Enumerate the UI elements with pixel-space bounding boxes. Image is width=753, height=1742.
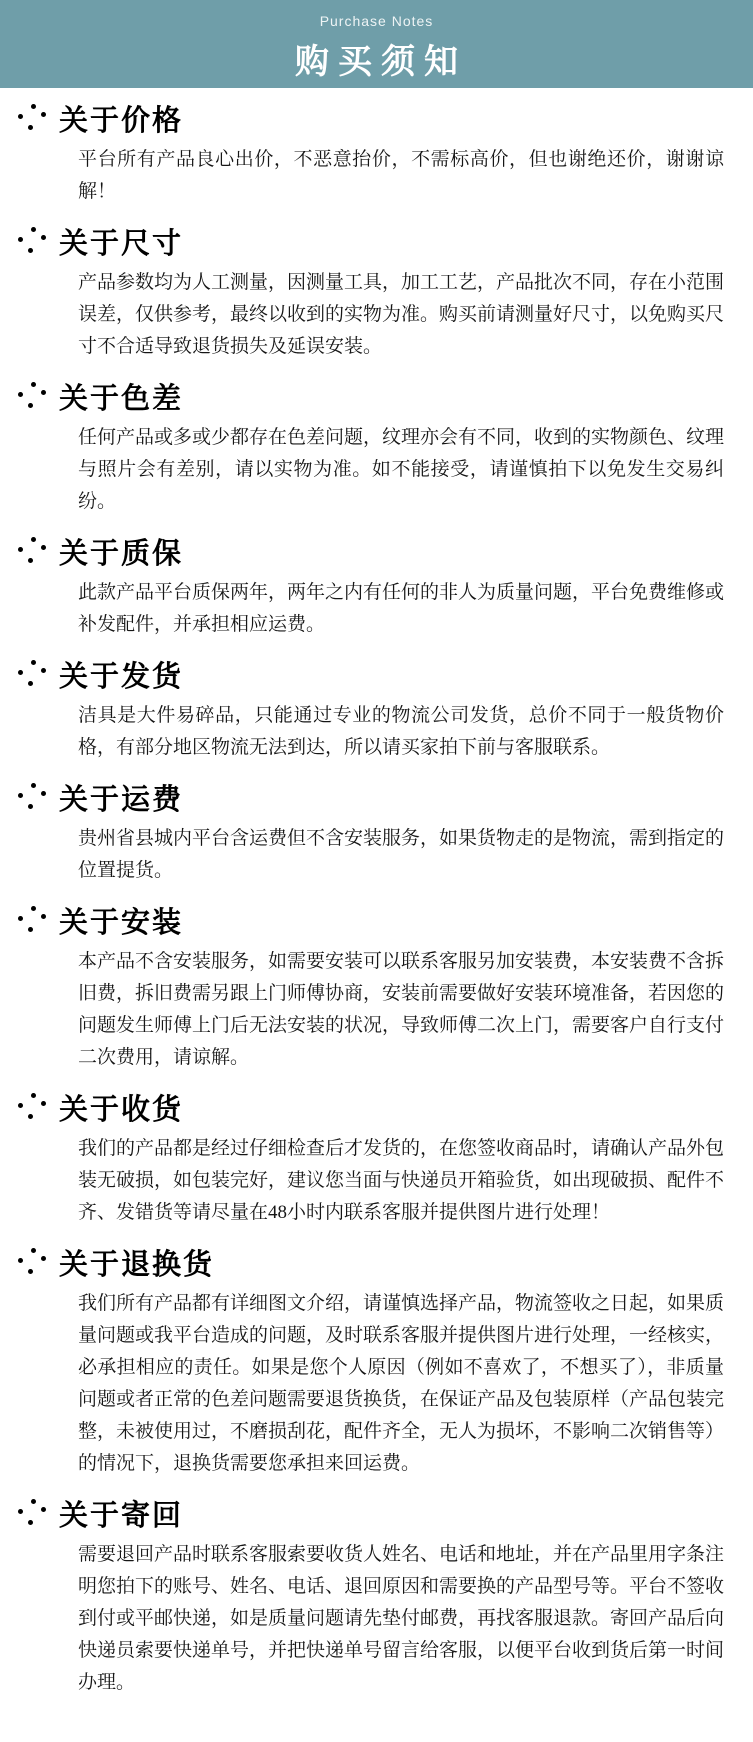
notes-content: 关于价格 平台所有产品良心出价，不恶意抬价，不需标高价，但也谢绝还价，谢谢谅解！…	[0, 88, 753, 1742]
section-body: 此款产品平台质保两年，两年之内有任何的非人为质量问题，平台免费维修或补发配件，并…	[78, 577, 724, 641]
section-body: 本产品不含安装服务，如需要安装可以联系客服另加安装费，本安装费不含拆旧费，拆旧费…	[78, 946, 724, 1074]
header-subtitle: Purchase Notes	[0, 13, 753, 29]
four-dots-diamond-icon	[16, 658, 47, 690]
section-freight: 关于运费 贵州省县城内平台含运费但不含安装服务，如果货物走的是物流，需到指定的位…	[0, 777, 753, 887]
section-heading: 关于尺寸	[0, 221, 753, 261]
page-title: 购买须知	[0, 34, 753, 83]
section-title: 关于收货	[59, 1087, 183, 1128]
section-body: 任何产品或多或少都存在色差问题，纹理亦会有不同，收到的实物颜色、纹理与照片会有差…	[78, 422, 724, 518]
section-price: 关于价格 平台所有产品良心出价，不恶意抬价，不需标高价，但也谢绝还价，谢谢谅解！	[0, 98, 753, 208]
four-dots-diamond-icon	[16, 781, 47, 813]
section-installation: 关于安装 本产品不含安装服务，如需要安装可以联系客服另加安装费，本安装费不含拆旧…	[0, 900, 753, 1074]
section-title: 关于发货	[59, 654, 183, 695]
section-heading: 关于寄回	[0, 1493, 753, 1533]
section-returns: 关于退换货 我们所有产品都有详细图文介绍，请谨慎选择产品，物流签收之日起，如果质…	[0, 1242, 753, 1480]
four-dots-diamond-icon	[16, 535, 47, 567]
section-body: 平台所有产品良心出价，不恶意抬价，不需标高价，但也谢绝还价，谢谢谅解！	[78, 144, 724, 208]
section-body: 贵州省县城内平台含运费但不含安装服务，如果货物走的是物流，需到指定的位置提货。	[78, 823, 724, 887]
section-warranty: 关于质保 此款产品平台质保两年，两年之内有任何的非人为质量问题，平台免费维修或补…	[0, 531, 753, 641]
section-heading: 关于发货	[0, 654, 753, 694]
header-banner: Purchase Notes 购买须知	[0, 0, 753, 88]
section-color-difference: 关于色差 任何产品或多或少都存在色差问题，纹理亦会有不同，收到的实物颜色、纹理与…	[0, 376, 753, 518]
section-body: 需要退回产品时联系客服索要收货人姓名、电话和地址，并在产品里用字条注明您拍下的账…	[78, 1539, 724, 1699]
section-body: 我们的产品都是经过仔细检查后才发货的，在您签收商品时，请确认产品外包装无破损，如…	[78, 1133, 724, 1229]
four-dots-diamond-icon	[16, 1091, 47, 1123]
section-title: 关于价格	[59, 98, 183, 139]
section-title: 关于安装	[59, 900, 183, 941]
section-heading: 关于运费	[0, 777, 753, 817]
four-dots-diamond-icon	[16, 102, 47, 134]
section-heading: 关于质保	[0, 531, 753, 571]
section-heading: 关于退换货	[0, 1242, 753, 1282]
four-dots-diamond-icon	[16, 904, 47, 936]
section-title: 关于退换货	[59, 1242, 214, 1283]
section-title: 关于尺寸	[59, 221, 183, 262]
section-heading: 关于色差	[0, 376, 753, 416]
section-title: 关于运费	[59, 777, 183, 818]
purchase-notes-page: Purchase Notes 购买须知 关于价格 平台所有产品良心出价，不恶意抬…	[0, 0, 753, 1742]
section-send-back: 关于寄回 需要退回产品时联系客服索要收货人姓名、电话和地址，并在产品里用字条注明…	[0, 1493, 753, 1699]
section-body: 产品参数均为人工测量，因测量工具，加工工艺，产品批次不同，存在小范围误差，仅供参…	[78, 267, 724, 363]
section-title: 关于寄回	[59, 1493, 183, 1534]
section-heading: 关于收货	[0, 1087, 753, 1127]
section-receiving: 关于收货 我们的产品都是经过仔细检查后才发货的，在您签收商品时，请确认产品外包装…	[0, 1087, 753, 1229]
section-shipping: 关于发货 洁具是大件易碎品，只能通过专业的物流公司发货，总价不同于一般货物价格，…	[0, 654, 753, 764]
section-body: 我们所有产品都有详细图文介绍，请谨慎选择产品，物流签收之日起，如果质量问题或我平…	[78, 1288, 724, 1480]
four-dots-diamond-icon	[16, 1246, 47, 1278]
four-dots-diamond-icon	[16, 1497, 47, 1529]
four-dots-diamond-icon	[16, 225, 47, 257]
section-title: 关于色差	[59, 376, 183, 417]
section-title: 关于质保	[59, 531, 183, 572]
four-dots-diamond-icon	[16, 380, 47, 412]
section-heading: 关于安装	[0, 900, 753, 940]
section-heading: 关于价格	[0, 98, 753, 138]
section-size: 关于尺寸 产品参数均为人工测量，因测量工具，加工工艺，产品批次不同，存在小范围误…	[0, 221, 753, 363]
section-body: 洁具是大件易碎品，只能通过专业的物流公司发货，总价不同于一般货物价格，有部分地区…	[78, 700, 724, 764]
